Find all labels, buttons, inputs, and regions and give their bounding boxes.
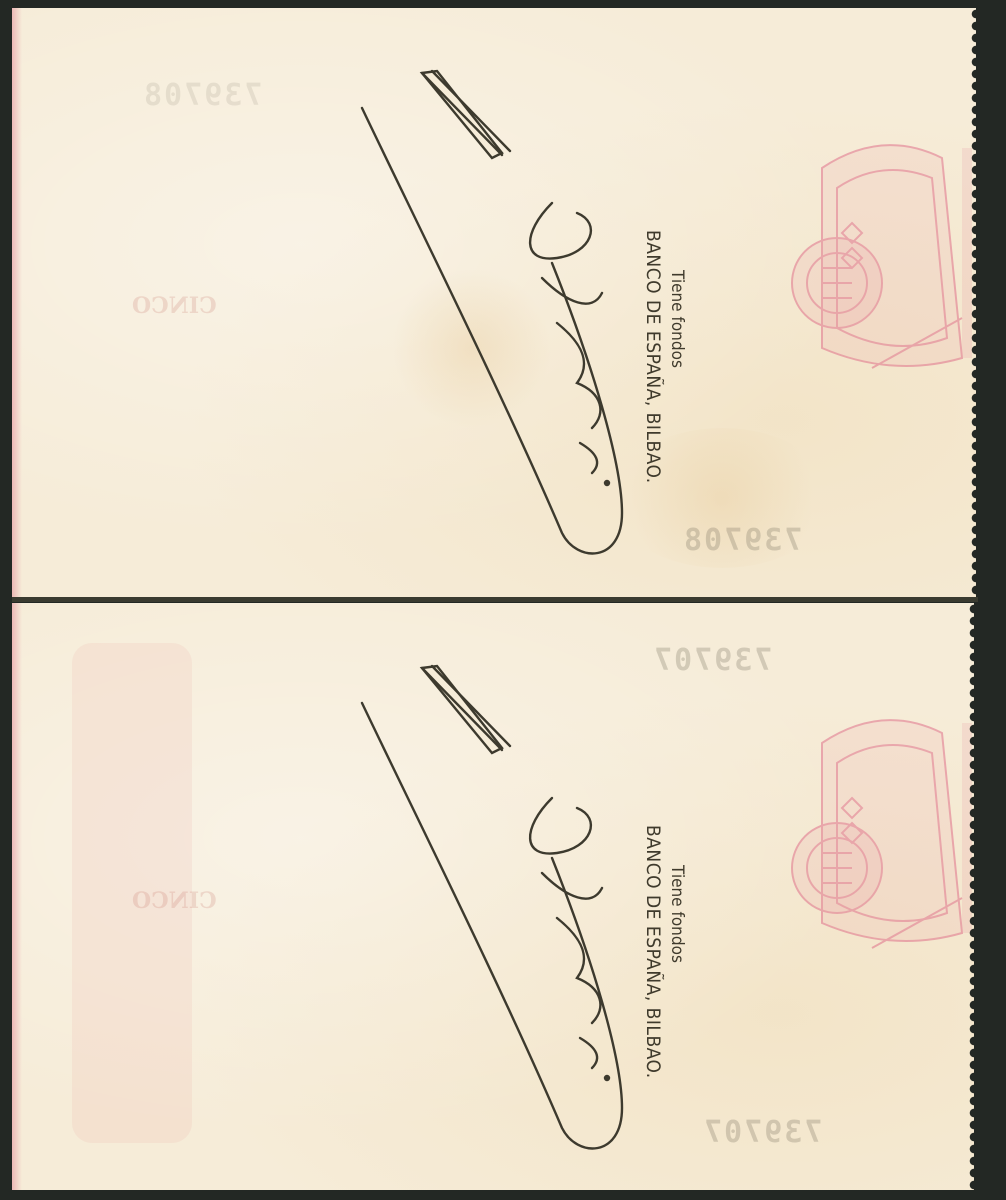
- show-through-number-top: 739708: [142, 78, 262, 113]
- endorsement-stamp: Tiene fondos BANCO DE ESPAÑA, BILBAO.: [639, 230, 688, 484]
- show-through-word: CINCO: [132, 888, 217, 914]
- endorsement-line-2: BANCO DE ESPAÑA, BILBAO.: [639, 825, 665, 1079]
- show-through-number: 739708: [682, 523, 802, 558]
- torn-left-edge: [12, 603, 22, 1190]
- fiscal-stamp-show-through: [782, 703, 974, 953]
- signature-icon: [352, 63, 642, 563]
- cheque-divider: [12, 597, 978, 602]
- endorsement-stamp: Tiene fondos BANCO DE ESPAÑA, BILBAO.: [639, 825, 688, 1079]
- endorsement-line-1: Tiene fondos: [665, 230, 688, 484]
- perforated-edge: [968, 603, 974, 1190]
- fiscal-stamp-show-through: [782, 128, 976, 378]
- show-through-number: 739707: [702, 1115, 822, 1150]
- cheque-top: 739708 739708 CINCO: [12, 8, 976, 598]
- signature-icon: [352, 658, 642, 1158]
- perforated-edge: [970, 8, 976, 598]
- show-through-word: CINCO: [132, 293, 217, 319]
- torn-left-edge: [12, 8, 22, 598]
- endorsement-line-2: BANCO DE ESPAÑA, BILBAO.: [639, 230, 665, 484]
- show-through-number-top: 739707: [652, 643, 772, 678]
- cheque-bottom: 739707 739707 CINCO: [12, 603, 974, 1190]
- endorsement-line-1: Tiene fondos: [665, 825, 688, 1079]
